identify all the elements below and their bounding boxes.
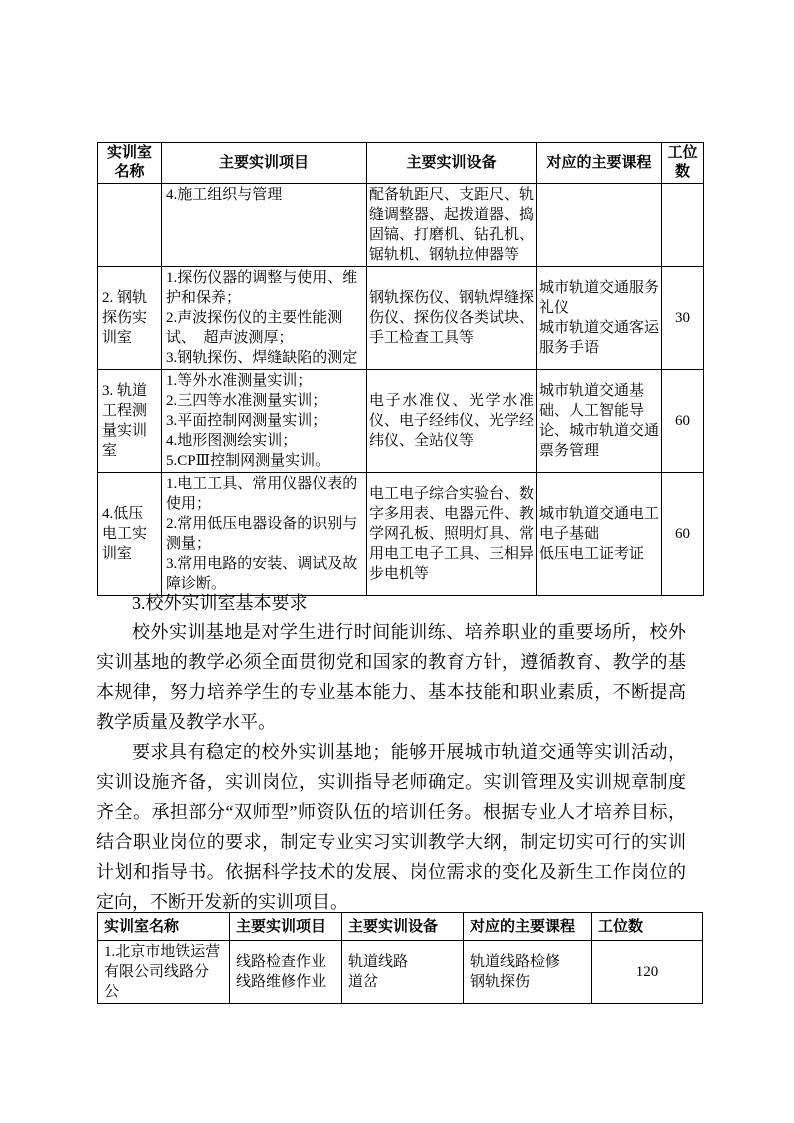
cell-equipment: 配备轨距尺、支距尺、轨缝调整器、起拨道器、捣固镐、打磨机、钻孔机、锯轨机、钢轨拉… <box>367 184 537 267</box>
header-projects: 主要实训项目 <box>162 143 367 184</box>
cell-capacity: 60 <box>662 473 704 596</box>
campus-training-rooms-table: 实训室名称 主要实训项目 主要实训设备 对应的主要课程 工位数 4.施工组织与管… <box>97 142 704 596</box>
table-header-row: 实训室名称 主要实训项目 主要实训设备 对应的主要课程 工位数 <box>98 143 704 184</box>
off-campus-training-table: 实训室名称 主要实训项目 主要实训设备 对应的主要课程 工位数 1.北京市地铁运… <box>97 912 703 1004</box>
header-projects: 主要实训项目 <box>230 913 342 941</box>
cell-capacity: 60 <box>662 370 704 473</box>
cell-equipment: 轨道线路 道岔 <box>342 941 464 1004</box>
cell-equipment: 钢轨探伤仪、钢轨焊缝探伤仪、探伤仪各类试块、手工检查工具等 <box>367 267 537 370</box>
paragraph: 校外实训基地是对学生进行时间能训练、培养职业的重要场所，校外实训基地的教学必须全… <box>96 617 686 737</box>
header-courses: 对应的主要课程 <box>537 143 662 184</box>
cell-room-name: 4.低压电工实训室 <box>98 473 162 596</box>
cell-courses: 轨道线路检修 钢轨探伤 <box>464 941 592 1004</box>
table-header-row: 实训室名称 主要实训项目 主要实训设备 对应的主要课程 工位数 <box>98 913 703 941</box>
cell-room-name <box>98 184 162 267</box>
cell-room-name: 1.北京市地铁运营有限公司线路分公 <box>98 941 230 1004</box>
cell-equipment: 电子水准仪、光学水准仪、电子经纬仪、光学经纬仪、全站仪等 <box>367 370 537 473</box>
cell-equipment: 电工电子综合实验台、数字多用表、电器元件、教学网孔板、照明灯具、常用电工电子工具… <box>367 473 537 596</box>
table-row: 1.北京市地铁运营有限公司线路分公 线路检查作业 线路维修作业 轨道线路 道岔 … <box>98 941 703 1004</box>
table-row: 4.施工组织与管理 配备轨距尺、支距尺、轨缝调整器、起拨道器、捣固镐、打磨机、钻… <box>98 184 704 267</box>
cell-projects: 1.探伤仪器的调整与使用、维护和保养； 2.声波探伤仪的主要性能测试、 超声波测… <box>162 267 367 370</box>
header-room-name: 实训室名称 <box>98 913 230 941</box>
cell-courses: 城市轨道交通基础、人工智能导论、城市轨道交通票务管理 <box>537 370 662 473</box>
cell-projects: 4.施工组织与管理 <box>162 184 367 267</box>
cell-projects: 1.电工工具、常用仪器仪表的使用； 2.常用低压电器设备的识别与测量； 3.常用… <box>162 473 367 596</box>
paragraph: 要求具有稳定的校外实训基地；能够开展城市轨道交通等实训活动，实训设施齐备，实训岗… <box>96 737 686 917</box>
table-row: 4.低压电工实训室 1.电工工具、常用仪器仪表的使用； 2.常用低压电器设备的识… <box>98 473 704 596</box>
cell-projects: 线路检查作业 线路维修作业 <box>230 941 342 1004</box>
header-courses: 对应的主要课程 <box>464 913 592 941</box>
header-capacity: 工位数 <box>662 143 704 184</box>
header-equipment: 主要实训设备 <box>342 913 464 941</box>
header-equipment: 主要实训设备 <box>367 143 537 184</box>
cell-courses <box>537 184 662 267</box>
cell-capacity: 30 <box>662 267 704 370</box>
table-row: 3. 轨道工程测量实训室 1.等外水准测量实训； 2.三四等水准测量实训； 3.… <box>98 370 704 473</box>
section-heading: 3.校外实训室基本要求 <box>96 590 686 617</box>
table-row: 2. 钢轨探伤实训室 1.探伤仪器的调整与使用、维护和保养； 2.声波探伤仪的主… <box>98 267 704 370</box>
header-capacity: 工位数 <box>592 913 703 941</box>
section-off-campus-requirements: 3.校外实训室基本要求 校外实训基地是对学生进行时间能训练、培养职业的重要场所，… <box>96 590 686 917</box>
document-page: 实训室名称 主要实训项目 主要实训设备 对应的主要课程 工位数 4.施工组织与管… <box>0 0 794 1123</box>
cell-capacity: 120 <box>592 941 703 1004</box>
cell-capacity <box>662 184 704 267</box>
header-room-name: 实训室名称 <box>98 143 162 184</box>
cell-room-name: 3. 轨道工程测量实训室 <box>98 370 162 473</box>
cell-projects: 1.等外水准测量实训； 2.三四等水准测量实训； 3.平面控制网测量实训； 4.… <box>162 370 367 473</box>
cell-courses: 城市轨道交通电工电子基础 低压电工证考证 <box>537 473 662 596</box>
cell-courses: 城市轨道交通服务礼仪 城市轨道交通客运服务手语 <box>537 267 662 370</box>
cell-room-name: 2. 钢轨探伤实训室 <box>98 267 162 370</box>
